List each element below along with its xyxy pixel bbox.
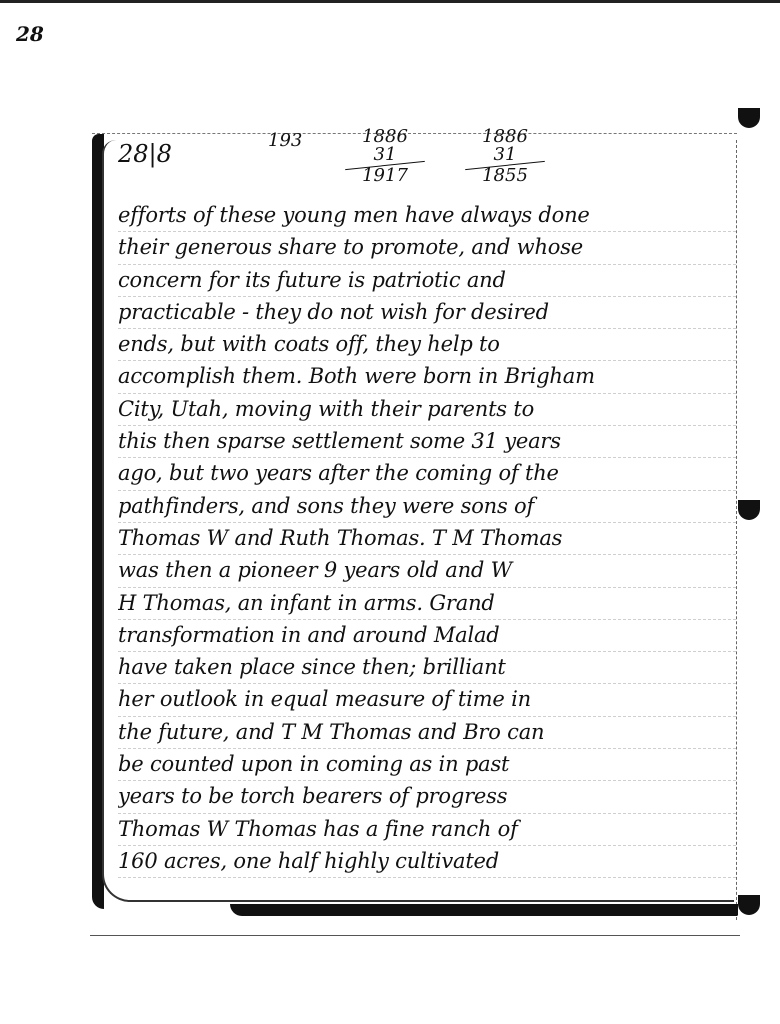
binder-ring-icon [738, 895, 760, 915]
binder-ring-icon [738, 108, 760, 128]
text-line: efforts of these young men have always d… [118, 200, 736, 232]
page-number: 28 [16, 22, 44, 46]
text-line: their generous share to promote, and who… [118, 232, 736, 264]
card-bottom-shadow [230, 904, 738, 916]
text-line: years to be torch bearers of progress [118, 781, 736, 813]
text-line: be counted upon in coming as in past [118, 749, 736, 781]
text-line: have taken place since then; brilliant [118, 652, 736, 684]
text-line: City, Utah, moving with their parents to [118, 394, 736, 426]
calc-a-value: 193 [268, 132, 302, 150]
text-line: this then sparse settlement some 31 year… [118, 426, 736, 458]
card-right-edge [736, 140, 738, 920]
card-number: 28|8 [118, 140, 172, 168]
text-line: Thomas W and Ruth Thomas. T M Thomas [118, 523, 736, 555]
text-line: transformation in and around Malad [118, 620, 736, 652]
text-line: pathfinders, and sons they were sons of [118, 491, 736, 523]
text-line: Thomas W Thomas has a fine ranch of [118, 814, 736, 846]
scan-top-edge [0, 0, 780, 3]
calc-b-result: 1917 [345, 167, 425, 185]
binder-ring-icon [738, 500, 760, 520]
text-line: accomplish them. Both were born in Brigh… [118, 361, 736, 393]
text-line: practicable - they do not wish for desir… [118, 297, 736, 329]
calculation-b: 1886 31 1917 [345, 128, 425, 185]
calculation-c: 1886 31 1855 [465, 128, 545, 185]
text-line: was then a pioneer 9 years old and W [118, 555, 736, 587]
text-line: the future, and T M Thomas and Bro can [118, 717, 736, 749]
text-line: ends, but with coats off, they help to [118, 329, 736, 361]
calc-c-result: 1855 [465, 167, 545, 185]
text-line: H Thomas, an infant in arms. Grand [118, 588, 736, 620]
calculation-a: 193 [268, 132, 302, 150]
text-line: 160 acres, one half highly cultivated [118, 846, 736, 878]
handwritten-text: efforts of these young men have always d… [118, 200, 736, 878]
text-line: concern for its future is patriotic and [118, 265, 736, 297]
card-base-edge [90, 935, 740, 937]
text-line: ago, but two years after the coming of t… [118, 458, 736, 490]
text-line: her outlook in equal measure of time in [118, 684, 736, 716]
